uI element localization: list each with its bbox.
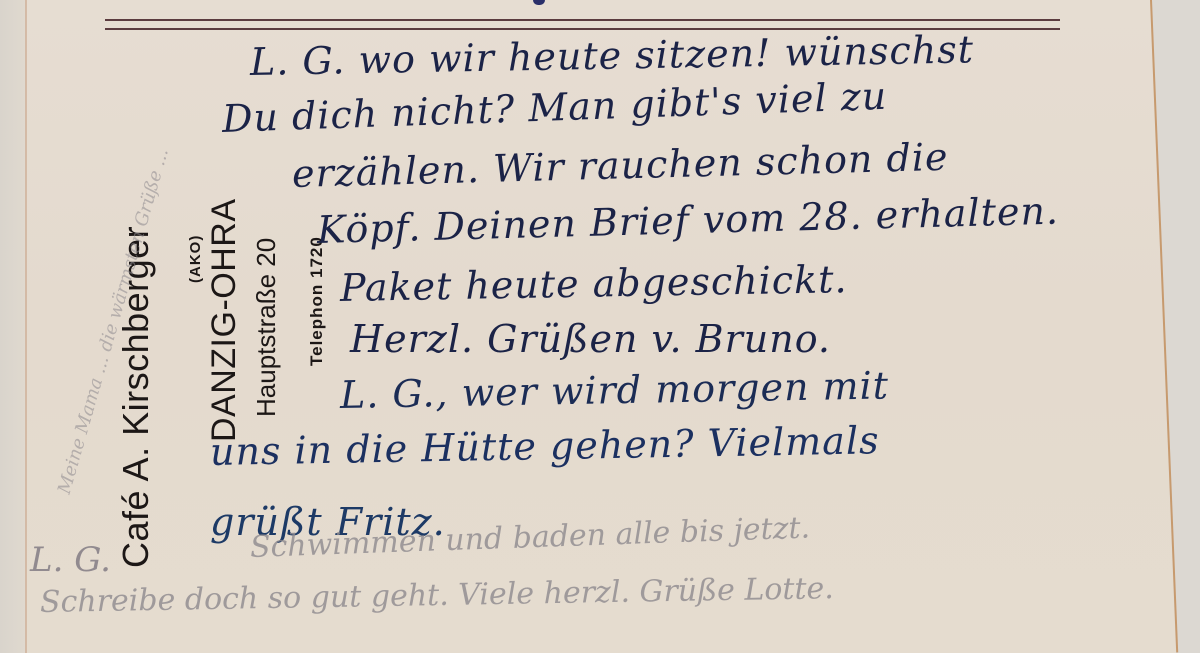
pencil-initials: L. G. [30,540,111,580]
handwriting-line: Paket heute abgeschickt. [340,257,848,310]
background-surface [0,0,26,653]
cafe-street: Hauptstraße 20 [251,238,282,417]
header-rule-top [105,19,1060,21]
cafe-city: DANZIG-OHRA [205,199,244,443]
postcard-left-edge [25,0,27,653]
handwriting-line: Herzl. Grüßen v. Bruno. [350,317,831,361]
cafe-phone: Telephon 1720 [307,236,327,366]
cafe-abbreviation: (AKO) [187,235,204,283]
